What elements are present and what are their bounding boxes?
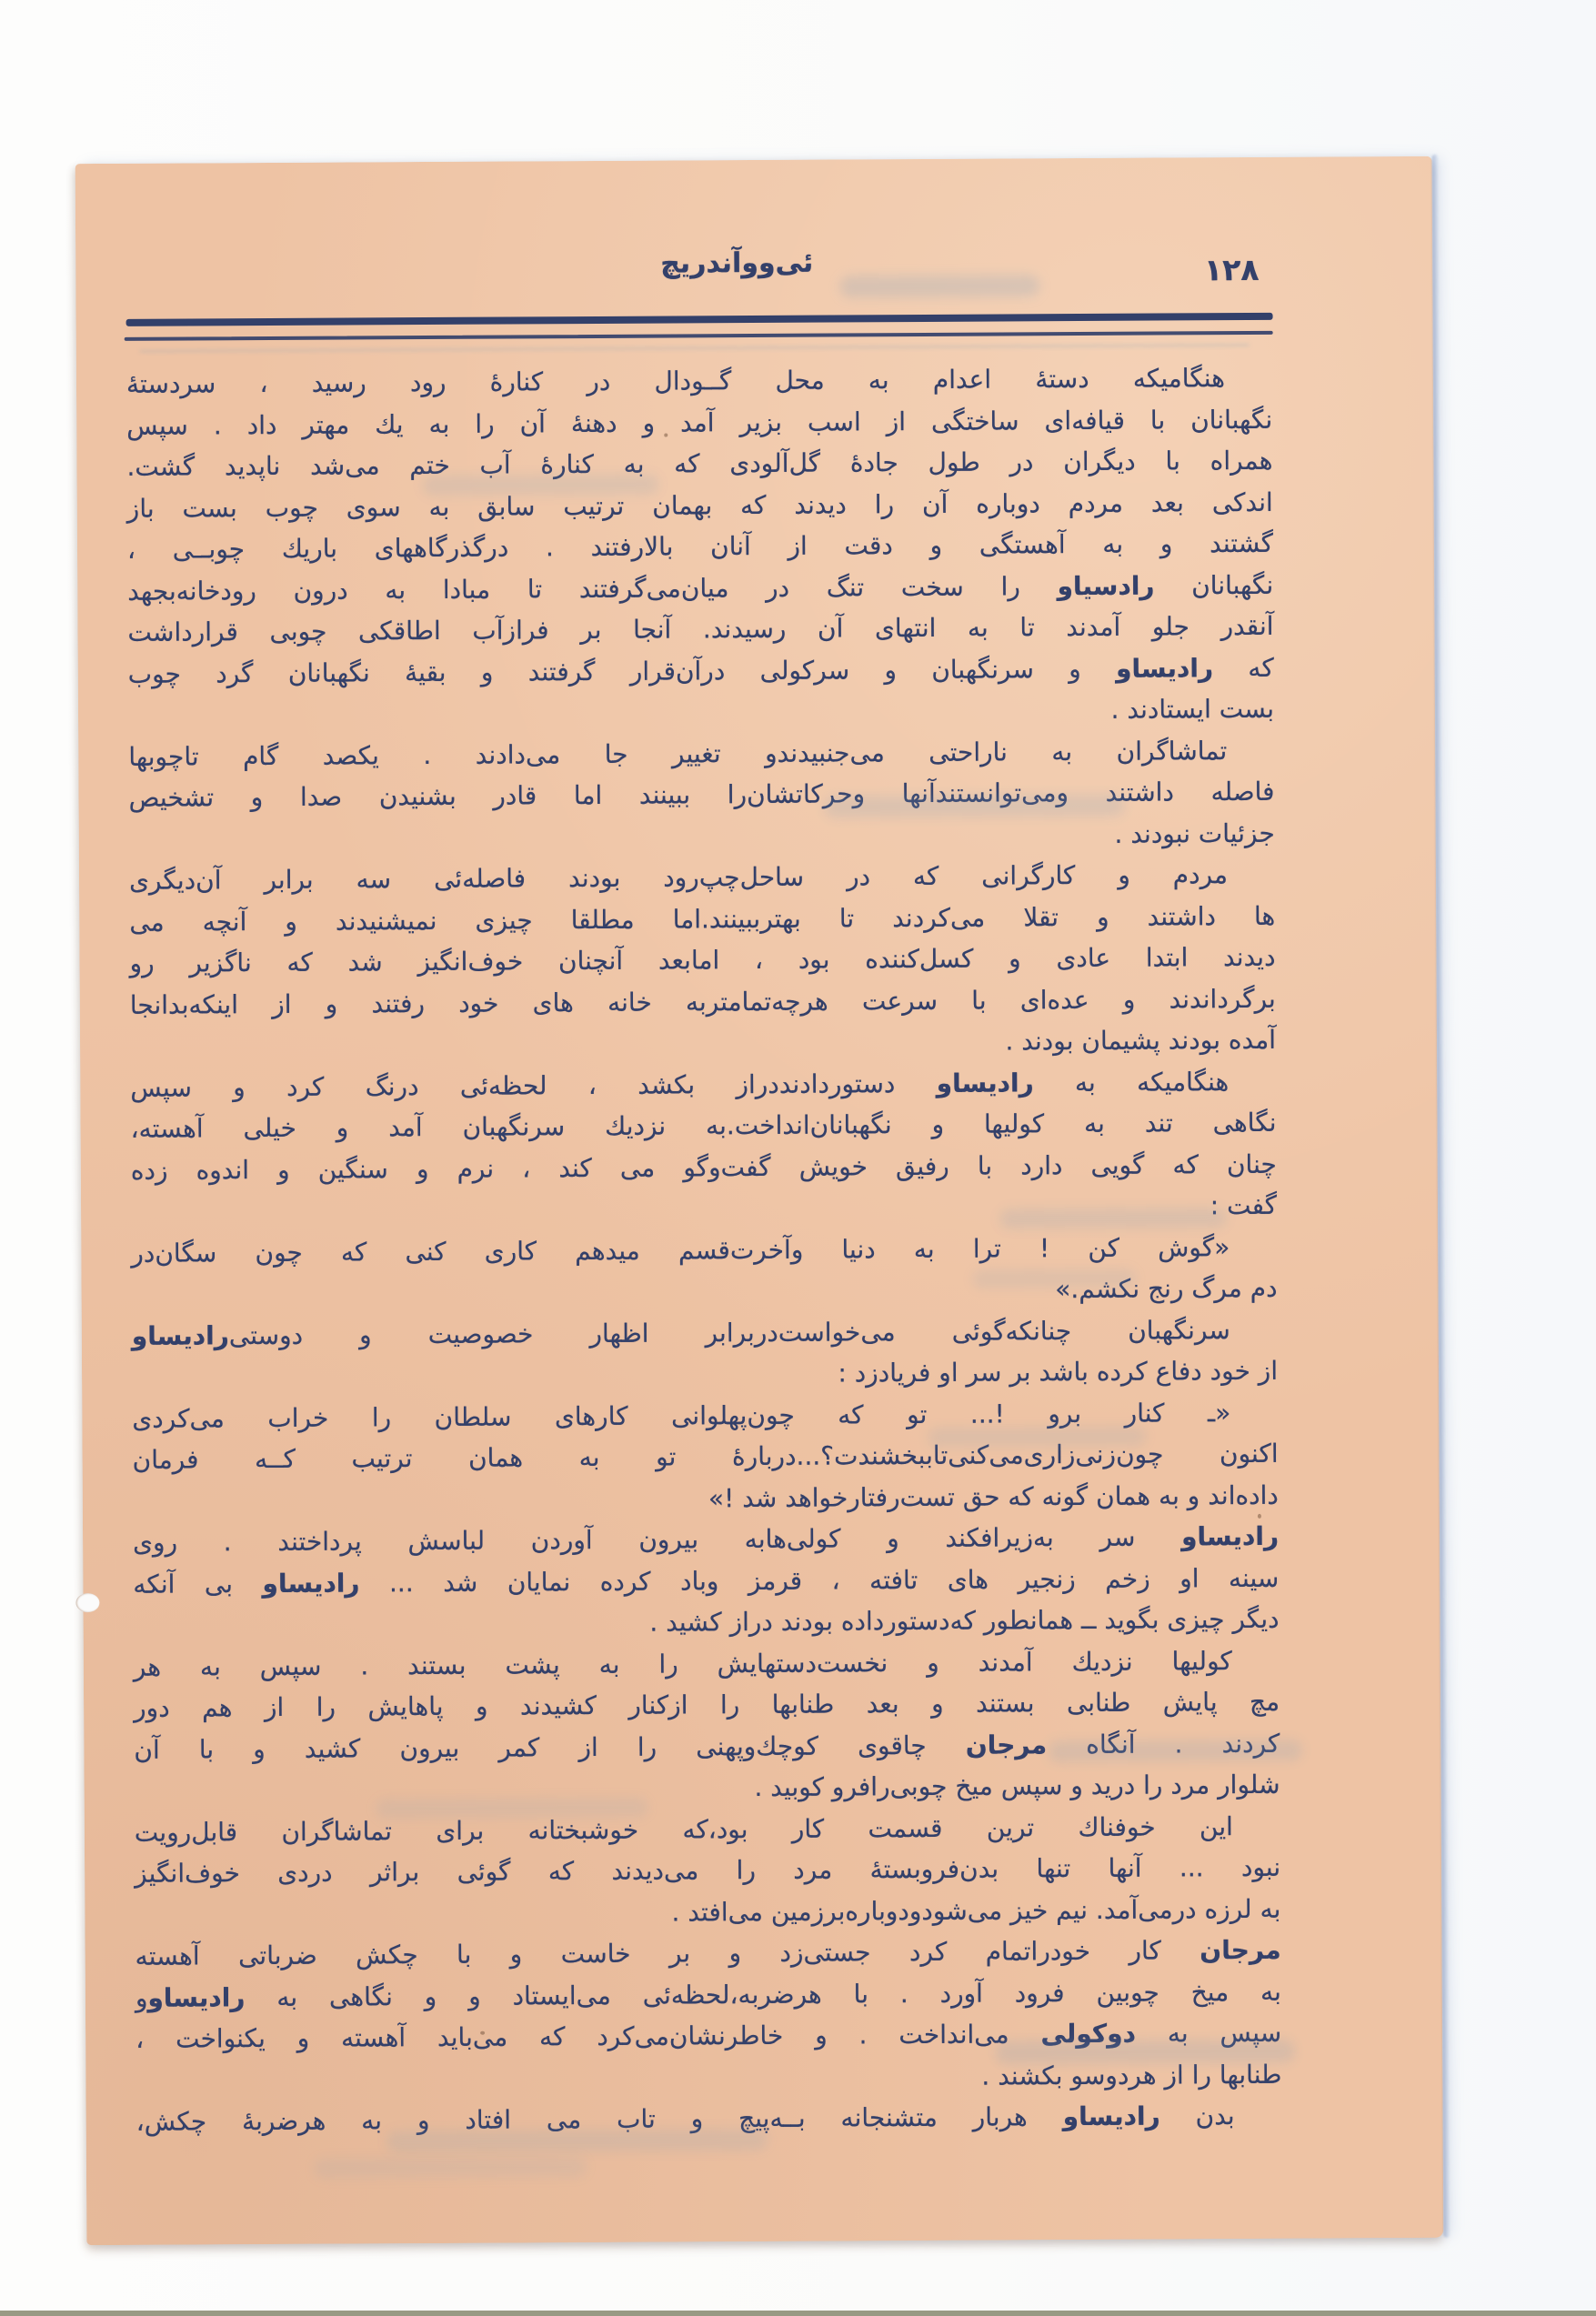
text-line: داده‌اند و به همان گونه که حق تست‌رفتارخ…	[133, 1474, 1279, 1522]
bleedthrough-smudge	[999, 1208, 1227, 1228]
text-line: نبود ... آنها تنها بدن‌فروبستهٔ مرد را م…	[135, 1847, 1280, 1895]
page-number: ۱۲۸	[1190, 252, 1272, 288]
text-line: «گوش کن ! ترا به دنیا وآخرت‌قسم میدهم کا…	[131, 1226, 1277, 1274]
text-line: تماشاگران به ناراحتی می‌جنبیدندو تغییر ج…	[128, 729, 1274, 777]
text-line: آنقدر جلو آمدند تا به انتهای آن رسیدند. …	[127, 606, 1273, 654]
text-line: چنان که گویی دارد با رفیق خویش گفت‌وگو م…	[131, 1143, 1277, 1191]
text-line: مردم و کارگرانی که در ساحل‌چپ‌رود بودند …	[129, 854, 1275, 902]
text-line: اندکی بعد مردم دوباره آن را دیدند که بهم…	[127, 481, 1273, 529]
text-line: آمده بودند پشیمان بودند .	[130, 1019, 1276, 1068]
scanned-book-page: { "page": { "header_title": "ئی‌ووآندریچ…	[0, 0, 1596, 2316]
text-line: شلوار مرد را درید و سپس میخ چوبی‌رافرو ک…	[134, 1764, 1280, 1812]
bleedthrough-smudge	[825, 795, 1125, 818]
bleedthrough-smudge	[928, 1427, 1146, 1448]
bleedthrough-smudge	[423, 475, 659, 496]
text-line: سینه او زخم زنجیر های تافته ، قرمز وباد …	[133, 1557, 1279, 1605]
bleedthrough-smudge	[839, 275, 1039, 297]
header-rule-thin	[125, 331, 1273, 341]
text-line: رادیساو سر به‌زیرافکند و کولی‌هابه بیرون…	[133, 1516, 1279, 1564]
text-line: بست ایستادند .	[128, 688, 1274, 737]
text-line: نگهبانان با قیافه‌ای ساختگی از اسب بزیر …	[126, 398, 1272, 446]
header-rule-thick	[126, 313, 1273, 326]
text-line: که رادیساو و سرنگهبان و سرکولی درآن‌قرار…	[128, 647, 1274, 695]
text-line: دیدند ابتدا عادی و کسل‌کننده بود ، امابع…	[129, 937, 1275, 985]
scanner-edge-strip	[0, 2311, 1596, 2316]
text-line: دیگر چیزی بگوید ــ همانطور که‌دستورداده …	[133, 1599, 1279, 1647]
text-line: نگهبانان رادسیاو را سخت تنگ در میان‌می‌گ…	[127, 564, 1273, 612]
text-line: گشتند و به آهستگی و دقت از آنان بالارفتن…	[127, 523, 1273, 571]
bleedthrough-smudge	[386, 2129, 768, 2152]
paper-speck	[664, 434, 668, 437]
punch-hole	[75, 1593, 99, 1612]
bleedthrough-smudge	[376, 1798, 648, 1820]
text-line: کولیها نزدیك آمدند و نخست‌دستهایش را به …	[134, 1639, 1280, 1688]
text-block: هنگامیکه دستهٔ اعدام به محل گــودال در ک…	[126, 357, 1282, 2143]
text-line: همراه با دیگران در طول جادهٔ گل‌آلودی که…	[126, 440, 1272, 488]
bleedthrough-smudge	[972, 1269, 1136, 1288]
text-line: به میخ چوبین فرود آورد . با هرضربه،لحظه‌…	[136, 1970, 1281, 2019]
bleedthrough-smudge	[995, 2040, 1295, 2065]
paper-speck	[1258, 1514, 1261, 1519]
paper-speck	[480, 2031, 485, 2035]
text-line: سرنگهبان چنانکه‌گوئی می‌خواست‌دربرابر اظ…	[132, 1308, 1278, 1357]
text-line: از خود دفاع کرده باشد بر سر او فریادزد :	[132, 1350, 1278, 1399]
text-line: ها داشتند و تقلا می‌کردند تا بهترببینند.…	[129, 895, 1275, 943]
running-header-title: ئی‌ووآندریچ	[164, 245, 1310, 283]
text-line: مرجان کار خودراتمام کرد جستی‌زد و بر خاس…	[136, 1930, 1281, 1978]
text-line: هنگامیکه به رادیساو دستوردادنددراز بکشد …	[130, 1060, 1276, 1108]
text-line: هنگامیکه دستهٔ اعدام به محل گــودال در ک…	[126, 357, 1272, 406]
bleedthrough-smudge	[314, 2157, 587, 2179]
text-line: نگاهی تند به کولیها و نگهبانان‌انداخت.به…	[130, 1102, 1276, 1150]
text-line: به لرزه درمی‌آمد. نیم خیز می‌شودودوباره‌…	[135, 1888, 1280, 1936]
text-line: برگرداندند و عده‌ای با سرعت هرچه‌تمامترب…	[130, 978, 1276, 1026]
header-rule-bleed	[140, 344, 1250, 353]
text-line: جزئیات نبودند .	[129, 812, 1275, 860]
bleedthrough-smudge	[1048, 1740, 1302, 1763]
paper-sheet: ئی‌ووآندریچ ۱۲۸ هنگامیکه دستهٔ اعدام به …	[75, 156, 1444, 2245]
text-line: مچ پایش طنابی بستند و بعد طنابها را ازکن…	[134, 1681, 1280, 1729]
text-line: این خوفناك ترین قسمت کار بود،که خوشبختان…	[135, 1805, 1280, 1853]
